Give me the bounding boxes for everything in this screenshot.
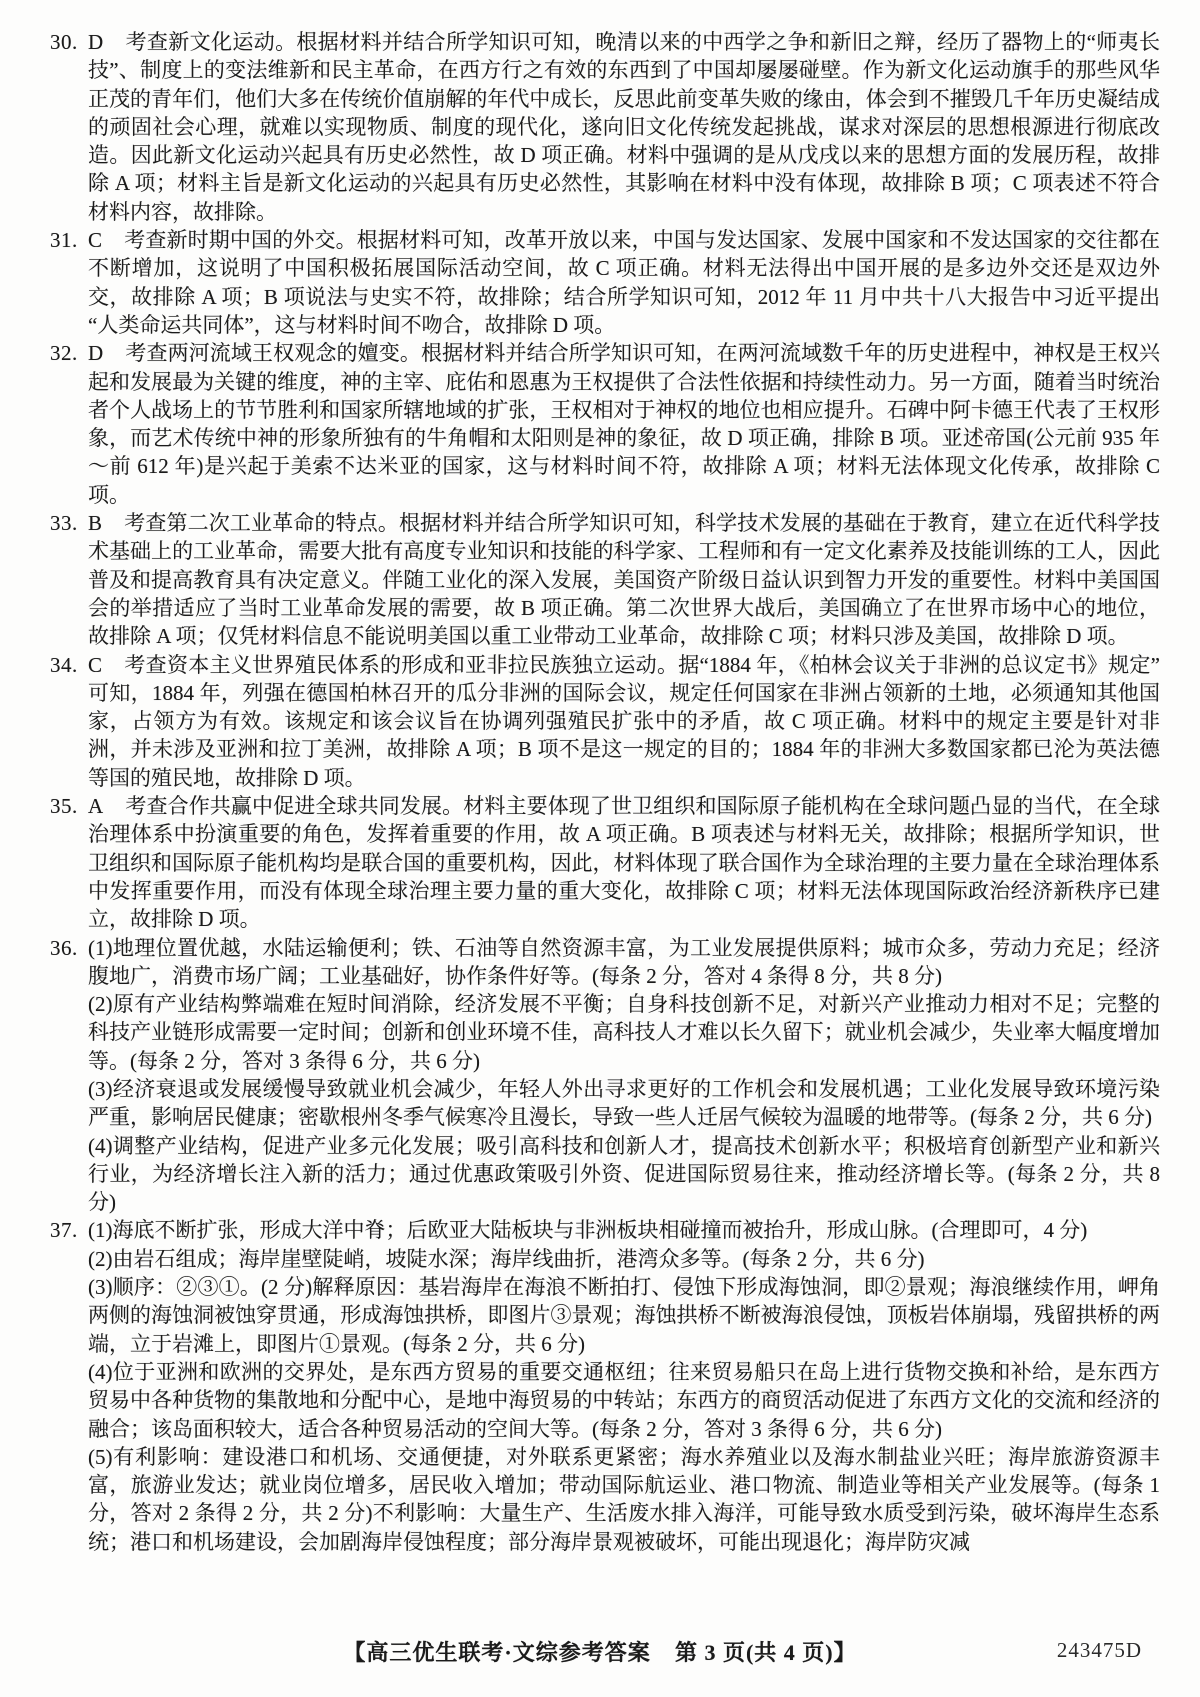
answer-letter: D bbox=[88, 30, 103, 54]
answer-part-2: (2)由岩石组成；海岸崖壁陡峭，坡陡水深；海岸线曲折，港湾众多等。(每条 2 分… bbox=[88, 1245, 1160, 1273]
question-number: 35. bbox=[50, 792, 78, 820]
question-number: 37. bbox=[50, 1216, 78, 1244]
answer-part-1: (1)地理位置优越，水陆运输便利；铁、石油等自然资源丰富，为工业发展提供原料；城… bbox=[88, 934, 1160, 991]
question-number: 30. bbox=[50, 28, 78, 56]
answer-explanation: 考查合作共赢中促进全球共同发展。材料主要体现了世卫组织和国际原子能机构在全球问题… bbox=[88, 794, 1160, 931]
answer-explanation: 考查资本主义世界殖民体系的形成和亚非拉民族独立运动。据“1884 年，《柏林会议… bbox=[88, 653, 1160, 790]
answer-explanation: 考查两河流域王权观念的嬗变。根据材料并结合所学知识可知，在两河流域数千年的历史进… bbox=[88, 341, 1160, 506]
answer-part-3: (3)顺序：②③①。(2 分)解释原因：基岩海岸在海浪不断拍打、侵蚀下形成海蚀洞… bbox=[88, 1273, 1160, 1358]
question-number: 31. bbox=[50, 226, 78, 254]
scanned-answer-sheet-page: 30. D考查新文化运动。根据材料并结合所学知识可知，晚清以来的中西学之争和新旧… bbox=[0, 0, 1200, 1697]
answer-letter: C bbox=[88, 653, 102, 677]
answer-explanation: 考查新时期中国的外交。根据材料可知，改革开放以来，中国与发达国家、发展中国家和不… bbox=[88, 228, 1160, 337]
question-31: 31. C考查新时期中国的外交。根据材料可知，改革开放以来，中国与发达国家、发展… bbox=[50, 226, 1160, 339]
footer-separator: · bbox=[504, 1640, 512, 1665]
question-30: 30. D考查新文化运动。根据材料并结合所学知识可知，晚清以来的中西学之争和新旧… bbox=[50, 28, 1160, 226]
answer-letter: A bbox=[88, 794, 103, 818]
page-footer: 【高三优生联考·文综参考答案第 3 页(共 4 页)】 243475D bbox=[0, 1636, 1200, 1670]
question-35: 35. A考查合作共赢中促进全球共同发展。材料主要体现了世卫组织和国际原子能机构… bbox=[50, 792, 1160, 933]
answer-part-4: (4)位于亚洲和欧洲的交界处，是东西方贸易的重要交通枢纽；往来贸易船只在岛上进行… bbox=[88, 1358, 1160, 1443]
question-37: 37. (1)海底不断扩张，形成大洋中脊；后欧亚大陆板块与非洲板块相碰撞而被抬升… bbox=[50, 1216, 1160, 1556]
question-33: 33. B考查第二次工业革命的特点。根据材料并结合所学知识可知，科学技术发展的基… bbox=[50, 509, 1160, 650]
answer-part-5: (5)有利影响：建设港口和机场、交通便捷，对外联系更紧密；海水养殖业以及海水制盐… bbox=[88, 1443, 1160, 1556]
question-number: 36. bbox=[50, 934, 78, 962]
question-number: 32. bbox=[50, 339, 78, 367]
question-number: 33. bbox=[50, 509, 78, 537]
answer-key-content: 30. D考查新文化运动。根据材料并结合所学知识可知，晚清以来的中西学之争和新旧… bbox=[50, 28, 1160, 1556]
paper-code: 243475D bbox=[1057, 1638, 1142, 1663]
page-number: 第 3 页(共 4 页) bbox=[675, 1640, 834, 1665]
footer-bracket-right: 】 bbox=[834, 1640, 857, 1665]
footer-bracket-left: 【 bbox=[343, 1640, 366, 1665]
answer-part-1: (1)海底不断扩张，形成大洋中脊；后欧亚大陆板块与非洲板块相碰撞而被抬升，形成山… bbox=[88, 1216, 1160, 1244]
answer-letter: D bbox=[88, 341, 103, 365]
subject-title: 文综参考答案 bbox=[513, 1640, 651, 1665]
question-32: 32. D考查两河流域王权观念的嬗变。根据材料并结合所学知识可知，在两河流域数千… bbox=[50, 339, 1160, 509]
footer-title: 【高三优生联考·文综参考答案第 3 页(共 4 页)】 bbox=[0, 1636, 1200, 1667]
exam-name: 高三优生联考 bbox=[366, 1640, 504, 1665]
answer-letter: B bbox=[88, 511, 102, 535]
answer-part-2: (2)原有产业结构弊端难在短时间消除，经济发展不平衡；自身科技创新不足，对新兴产… bbox=[88, 990, 1160, 1075]
answer-part-3: (3)经济衰退或发展缓慢导致就业机会减少，年轻人外出寻求更好的工作机会和发展机遇… bbox=[88, 1075, 1160, 1132]
answer-explanation: 考查第二次工业革命的特点。根据材料并结合所学知识可知，科学技术发展的基础在于教育… bbox=[88, 511, 1160, 648]
answer-letter: C bbox=[88, 228, 102, 252]
question-36: 36. (1)地理位置优越，水陆运输便利；铁、石油等自然资源丰富，为工业发展提供… bbox=[50, 934, 1160, 1217]
question-34: 34. C考查资本主义世界殖民体系的形成和亚非拉民族独立运动。据“1884 年，… bbox=[50, 651, 1160, 792]
answer-explanation: 考查新文化运动。根据材料并结合所学知识可知，晚清以来的中西学之争和新旧之辩，经历… bbox=[88, 30, 1160, 224]
question-number: 34. bbox=[50, 651, 78, 679]
answer-part-4: (4)调整产业结构，促进产业多元化发展；吸引高科技和创新人才，提高技术创新水平；… bbox=[88, 1132, 1160, 1217]
